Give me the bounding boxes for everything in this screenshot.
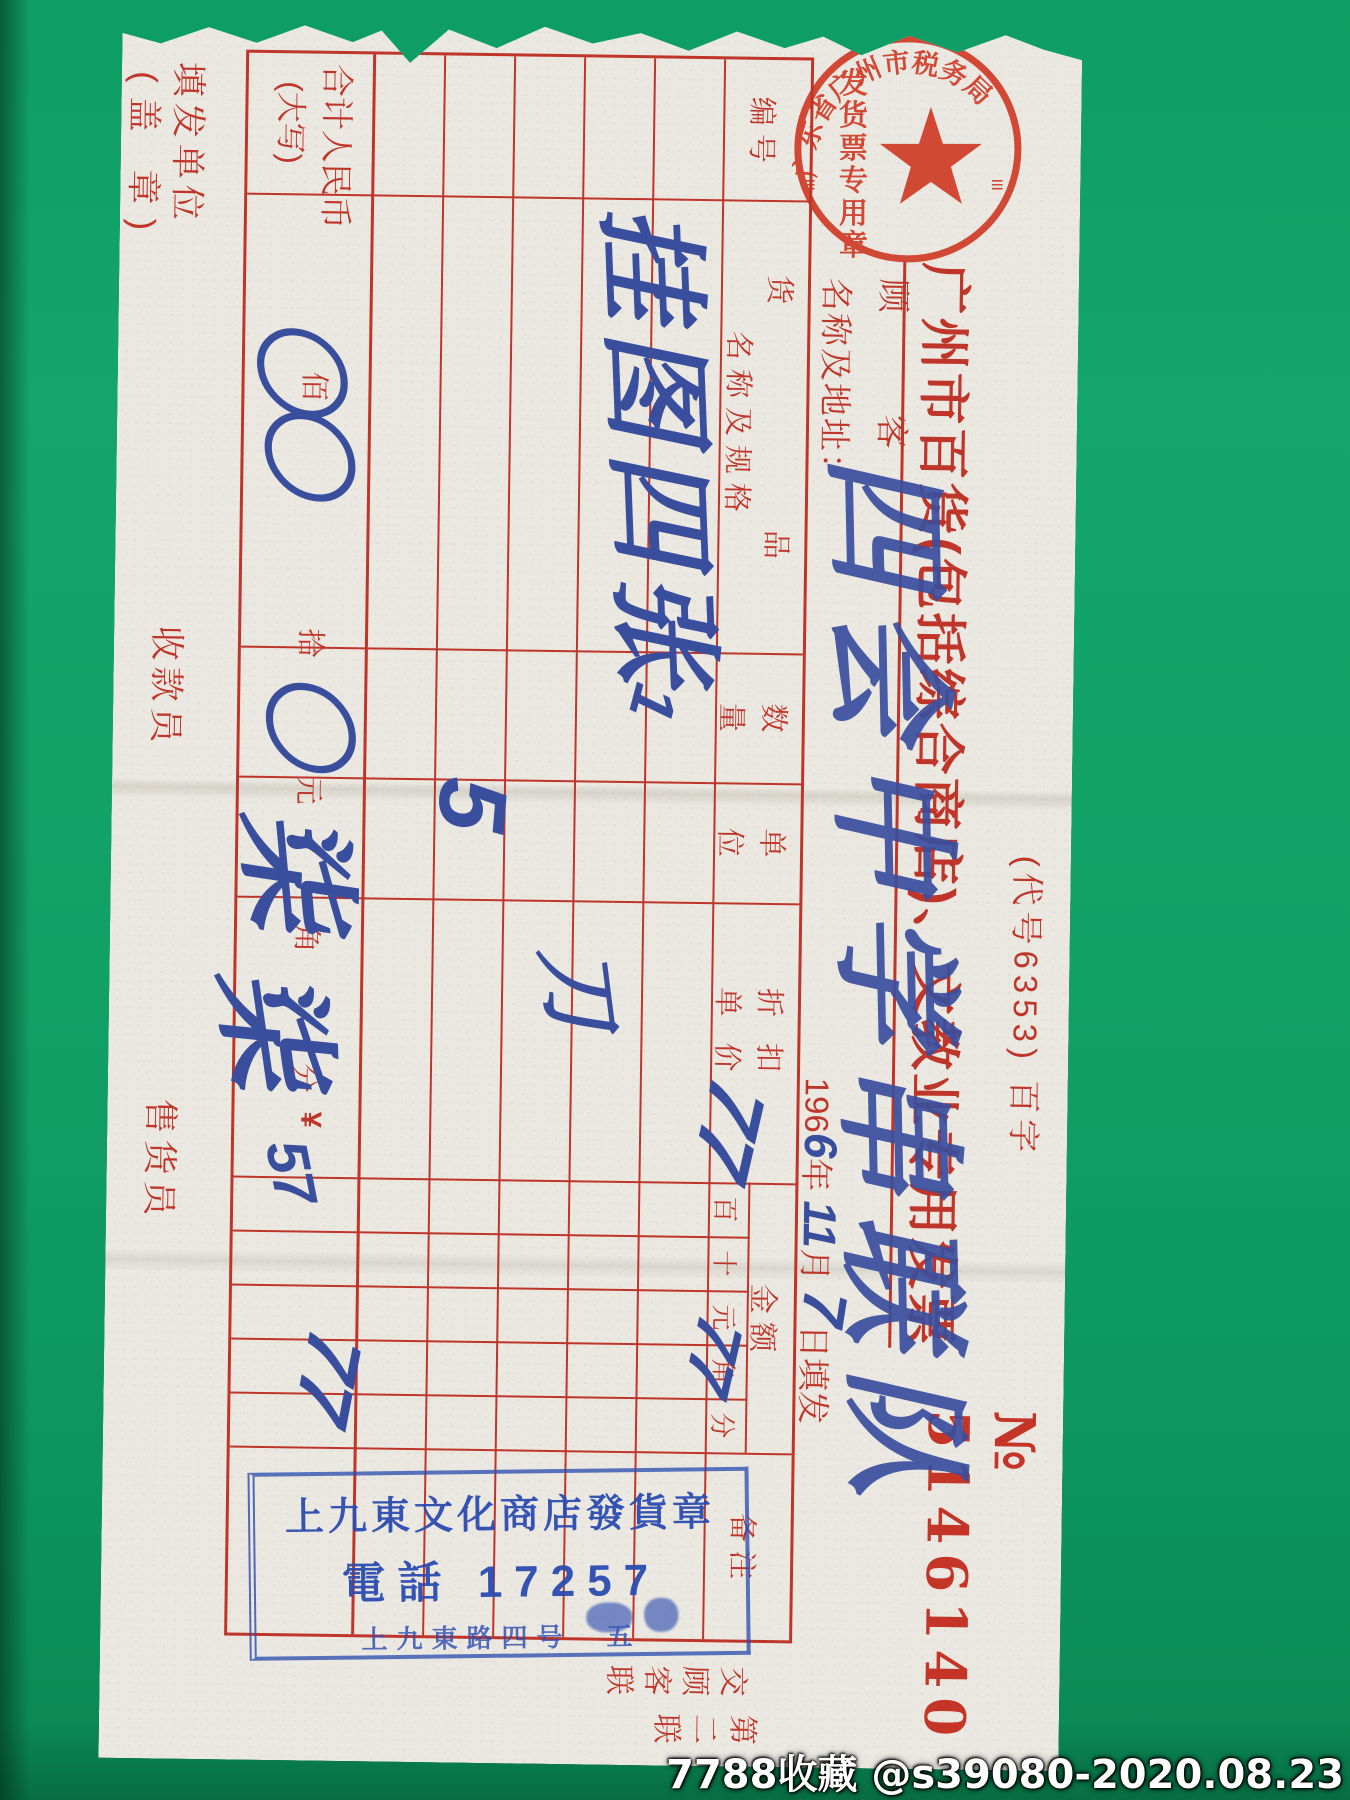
round-stamp-center-text: 发货票专用章: [839, 68, 871, 263]
receipt-paper: 广东省广州市税务局 ≡ ≡ 发货票专用章 (代号6353) 百字 № 51461…: [98, 13, 1082, 1771]
store-rectangular-stamp: 上九東文化商店發貨章 電話 17257 上九東路四号 五: [247, 1467, 750, 1661]
column-header-item-pin: 品: [757, 530, 798, 560]
tax-bureau-round-stamp: 广东省广州市税务局 ≡ ≡ 发货票专用章: [791, 32, 1026, 267]
copy-customer-label: 交顾客联: [597, 1654, 750, 1700]
stamp-smudge: [586, 1602, 632, 1633]
svg-text:广东省广州市税务局: 广东省广州市税务局: [791, 47, 998, 178]
total-unit-yuan: 元: [290, 775, 331, 805]
total-daxie-zeros-handwritten: 〇〇: [233, 310, 385, 490]
total-label-renminbi: 合计人民币: [314, 64, 363, 230]
amount-unit-fen: 分: [705, 1398, 743, 1453]
column-header-unit-2: 位: [710, 782, 753, 903]
total-daxie-zero-handwritten: 〇: [243, 667, 385, 770]
stamp-smudge: [644, 1598, 678, 1632]
column-header-item-huo: 货: [761, 275, 802, 305]
amount-unit-shi: 十: [707, 1236, 745, 1291]
amount-subgrid-line: [233, 1230, 750, 1239]
quantity2-handwritten: 5: [415, 773, 529, 835]
customer-label-gu: 顾: [872, 278, 921, 313]
unit-handwritten: 刀: [518, 937, 649, 1036]
item-name-handwritten: 挂图四张: [576, 203, 756, 697]
photo-of-receipt: 广东省广州市税务局 ≡ ≡ 发货票专用章 (代号6353) 百字 № 51461…: [0, 0, 1350, 1800]
column-header-amount: 金 额: [742, 1183, 790, 1454]
copy-number-label: 第二联: [645, 1702, 760, 1748]
amount-subgrid-line: [232, 1284, 749, 1293]
total-daxie-qi2-handwritten: 柒: [188, 951, 379, 1097]
cashier-label: 收款员: [142, 625, 194, 749]
column-header-qty-1: 数: [754, 653, 797, 784]
total-label-daxie: (大写): [271, 81, 317, 164]
seller-label: 售货员: [136, 1098, 188, 1222]
date-month-handwritten: 11: [794, 1200, 847, 1248]
grid-line: [422, 55, 446, 1635]
round-stamp-ring-text: 广东省广州市税务局: [791, 47, 998, 178]
star-icon: [880, 107, 982, 204]
issuer-seal-label: (盖 章): [120, 71, 172, 245]
round-stamp-deco-right: ≡: [991, 172, 1004, 197]
column-header-unit-1: 单: [752, 783, 795, 904]
amount-unit-bai: 百: [708, 1182, 746, 1237]
collector-watermark: 7788收藏 @s39080-2020.08.23: [666, 1743, 1344, 1800]
photo-left-shadow: [0, 0, 30, 1800]
total-daxie-qi1-handwritten: 柒: [213, 798, 398, 935]
date-day-fill-label: 日填发: [794, 1325, 832, 1425]
total-unit-shi: 拾: [292, 628, 333, 658]
grid-line: [492, 56, 516, 1636]
total-currency-mark: ¥: [293, 1111, 326, 1128]
date-month-label: 月: [796, 1248, 833, 1282]
date-year-handwritten: 6: [795, 1132, 847, 1158]
seller-code-handwritten: 57: [252, 1134, 330, 1210]
customer-label-ke: 客: [870, 414, 919, 449]
store-stamp-name: 上九東文化商店發貨章: [255, 1481, 746, 1543]
column-header-number: 编 号: [742, 60, 785, 201]
form-code-note: (代号6353) 百字: [1002, 855, 1053, 1158]
date-printed-196: 196: [798, 1077, 836, 1133]
date-year-label: 年: [797, 1158, 834, 1192]
